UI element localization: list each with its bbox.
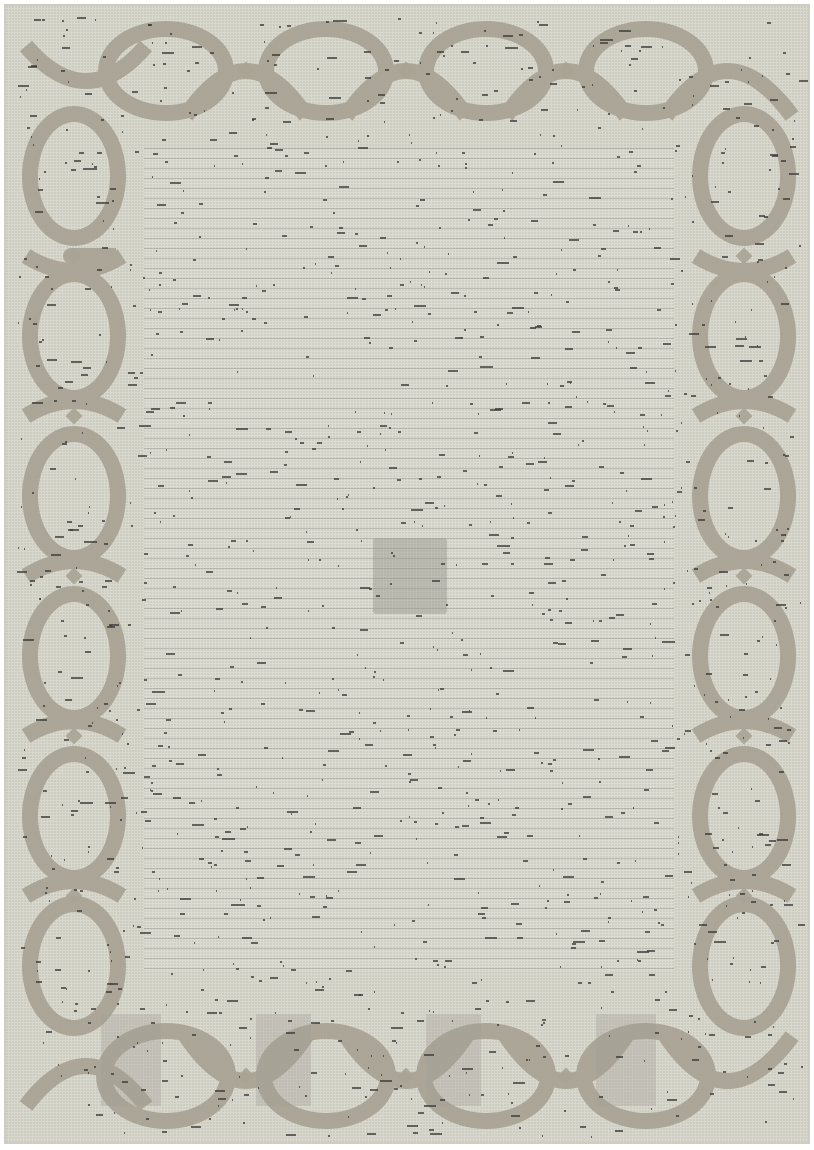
speck xyxy=(401,522,406,524)
speck xyxy=(503,210,505,212)
speck xyxy=(170,612,180,614)
speck xyxy=(583,796,591,798)
speck xyxy=(169,760,172,762)
speck xyxy=(21,506,22,508)
speck xyxy=(47,304,56,306)
speck xyxy=(123,772,135,774)
speck xyxy=(478,413,479,415)
speck xyxy=(609,617,615,619)
speck xyxy=(65,699,72,701)
speck xyxy=(46,887,48,889)
speck xyxy=(251,976,254,978)
speck xyxy=(581,549,588,551)
speck xyxy=(327,57,337,59)
speck xyxy=(102,247,108,249)
speck xyxy=(497,324,499,326)
speck xyxy=(208,297,210,299)
speck xyxy=(737,917,738,919)
speck xyxy=(619,756,630,758)
speck xyxy=(454,854,458,856)
speck xyxy=(485,937,497,939)
speck xyxy=(152,42,153,44)
speck xyxy=(511,903,519,905)
speck xyxy=(121,115,124,117)
speck xyxy=(58,671,62,673)
speck xyxy=(545,907,547,909)
speck xyxy=(231,904,238,906)
speck xyxy=(664,588,665,590)
speck xyxy=(360,629,368,631)
speck xyxy=(164,87,167,89)
speck xyxy=(286,1032,295,1034)
speck xyxy=(600,893,601,895)
speck xyxy=(189,802,195,804)
speck xyxy=(414,521,415,523)
speck xyxy=(384,121,385,123)
speck xyxy=(510,120,517,122)
speck xyxy=(699,600,701,602)
speck xyxy=(360,461,361,463)
speck xyxy=(411,142,412,144)
speck xyxy=(236,428,248,430)
speck xyxy=(353,807,361,809)
speck xyxy=(504,832,509,834)
speck xyxy=(61,620,64,622)
speck xyxy=(30,584,32,586)
speck xyxy=(24,548,25,550)
speck xyxy=(752,874,756,876)
speck xyxy=(792,138,794,140)
speck xyxy=(217,768,219,770)
speck xyxy=(588,982,591,984)
speck xyxy=(82,432,83,434)
speck xyxy=(505,47,518,49)
speck xyxy=(593,620,594,622)
speck xyxy=(359,738,360,740)
speck xyxy=(483,277,489,279)
speck xyxy=(544,457,545,459)
speck xyxy=(560,385,564,387)
speck xyxy=(529,592,534,594)
speck xyxy=(92,163,93,165)
speck xyxy=(39,178,40,180)
speck xyxy=(462,1068,473,1070)
speck xyxy=(24,258,27,260)
speck xyxy=(769,840,776,842)
speck xyxy=(439,454,445,456)
speck xyxy=(601,966,602,968)
speck xyxy=(199,858,204,860)
speck xyxy=(698,1018,700,1020)
speck xyxy=(676,1115,679,1117)
speck xyxy=(531,220,538,222)
speck xyxy=(799,245,801,247)
speck xyxy=(552,162,554,164)
speck xyxy=(511,537,514,539)
speck xyxy=(763,427,764,429)
speck xyxy=(565,485,574,487)
speck xyxy=(285,155,288,157)
speck xyxy=(66,29,68,31)
speck xyxy=(151,408,160,410)
speck xyxy=(104,543,108,545)
speck xyxy=(394,1088,398,1090)
speck xyxy=(526,463,534,465)
speck xyxy=(430,736,434,738)
speck xyxy=(134,377,138,379)
speck xyxy=(450,716,453,718)
speck xyxy=(548,512,552,514)
speck xyxy=(608,341,609,343)
speck xyxy=(454,878,465,880)
speck xyxy=(448,370,458,372)
speck xyxy=(665,991,667,993)
speck xyxy=(749,346,761,348)
speck xyxy=(698,519,705,521)
speck xyxy=(678,853,679,855)
speck xyxy=(110,625,112,627)
speck xyxy=(642,128,643,130)
speck xyxy=(407,1125,418,1127)
speck xyxy=(114,1112,115,1114)
speck xyxy=(118,988,122,990)
speck xyxy=(94,166,97,168)
speck xyxy=(206,338,214,340)
speck xyxy=(662,750,669,752)
speck xyxy=(36,266,38,268)
speck xyxy=(333,20,347,22)
speck xyxy=(428,904,429,906)
speck xyxy=(199,236,201,238)
speck xyxy=(647,553,654,555)
speck xyxy=(543,194,547,196)
speck xyxy=(607,405,614,407)
speck xyxy=(663,343,671,345)
speck xyxy=(534,292,538,294)
speck xyxy=(24,749,25,751)
speck xyxy=(334,478,339,480)
speck xyxy=(306,356,309,358)
speck xyxy=(383,679,384,681)
speck xyxy=(526,1059,528,1061)
speck xyxy=(265,107,269,109)
speck xyxy=(511,563,514,565)
speck xyxy=(294,508,300,510)
speck xyxy=(562,782,563,784)
speck xyxy=(481,979,482,981)
speck xyxy=(768,1068,772,1070)
speck xyxy=(380,730,381,732)
speck xyxy=(542,1019,546,1021)
speck xyxy=(451,292,459,294)
speck xyxy=(443,55,445,57)
speck xyxy=(755,691,758,693)
speck xyxy=(127,743,129,745)
speck xyxy=(257,905,261,907)
speck xyxy=(328,436,330,438)
speck xyxy=(311,1072,317,1074)
speck xyxy=(468,219,470,221)
speck xyxy=(547,900,549,902)
speck xyxy=(106,361,107,363)
speck xyxy=(440,114,441,116)
speck xyxy=(785,607,787,609)
speck xyxy=(730,963,733,965)
speck xyxy=(287,811,298,813)
speck xyxy=(437,476,441,478)
speck xyxy=(389,467,397,469)
speck xyxy=(553,135,555,137)
speck xyxy=(266,627,268,629)
speck xyxy=(689,76,693,78)
speck xyxy=(370,1089,378,1091)
speck xyxy=(454,734,456,736)
speck xyxy=(224,913,228,915)
speck xyxy=(712,793,718,795)
speck xyxy=(470,403,473,405)
speck xyxy=(438,165,440,167)
speck xyxy=(489,1051,496,1053)
speck xyxy=(54,400,57,402)
speck xyxy=(43,790,47,792)
speck xyxy=(515,807,519,809)
speck xyxy=(124,1132,125,1134)
speck xyxy=(150,309,151,311)
speck xyxy=(752,846,753,848)
speck xyxy=(645,931,650,933)
speck xyxy=(445,960,452,962)
speck xyxy=(565,348,573,350)
speck xyxy=(342,694,347,696)
speck xyxy=(86,771,89,773)
speck xyxy=(216,890,217,892)
speck xyxy=(433,32,434,34)
speck xyxy=(103,220,104,222)
speck xyxy=(333,212,335,214)
speck xyxy=(367,135,369,137)
speck xyxy=(440,688,444,690)
speck xyxy=(613,230,619,232)
speck xyxy=(178,674,182,676)
speck xyxy=(409,134,410,136)
speck xyxy=(480,366,493,368)
speck xyxy=(429,1129,434,1131)
speck xyxy=(110,806,111,808)
speck xyxy=(511,1115,520,1117)
speck xyxy=(437,649,438,651)
speck xyxy=(662,46,663,48)
speck xyxy=(39,598,41,600)
speck xyxy=(502,189,503,191)
speck xyxy=(556,273,557,275)
speck xyxy=(589,197,601,199)
speck xyxy=(528,311,529,313)
speck xyxy=(107,626,115,628)
speck xyxy=(655,637,656,639)
speck xyxy=(609,1035,610,1037)
speck xyxy=(270,471,278,473)
speck xyxy=(633,807,634,809)
speck xyxy=(72,400,76,402)
speck xyxy=(625,45,631,47)
speck xyxy=(755,540,757,542)
speck xyxy=(539,76,541,78)
speck xyxy=(75,1003,78,1005)
speck xyxy=(601,881,604,883)
speck xyxy=(163,63,166,65)
speck xyxy=(418,1112,424,1114)
speck xyxy=(558,643,566,645)
speck xyxy=(319,692,320,694)
speck xyxy=(427,862,428,864)
speck xyxy=(774,276,775,278)
speck xyxy=(99,334,101,336)
speck xyxy=(407,715,410,717)
speck xyxy=(117,685,118,687)
speck xyxy=(611,991,614,993)
speck xyxy=(241,330,243,332)
speck xyxy=(116,719,118,721)
speck xyxy=(568,803,572,805)
speck xyxy=(394,60,399,62)
speck xyxy=(768,1034,772,1036)
speck xyxy=(452,632,453,634)
speck xyxy=(389,427,391,429)
speck xyxy=(578,444,579,446)
speck xyxy=(242,308,243,310)
speck xyxy=(681,487,682,489)
speck xyxy=(411,509,423,511)
speck xyxy=(725,235,733,237)
speck xyxy=(444,966,446,968)
speck xyxy=(644,1060,645,1062)
speck xyxy=(652,603,657,605)
speck xyxy=(410,779,418,781)
speck xyxy=(137,709,140,711)
speck xyxy=(785,534,786,536)
speck xyxy=(151,782,153,784)
speck xyxy=(420,199,425,201)
speck xyxy=(233,963,234,965)
speck xyxy=(304,152,309,154)
speck xyxy=(144,776,150,778)
speck xyxy=(189,434,190,436)
speck xyxy=(532,604,533,606)
speck xyxy=(81,374,88,376)
speck xyxy=(380,1080,392,1082)
speck xyxy=(166,653,175,655)
speck xyxy=(426,73,430,75)
speck xyxy=(253,223,257,225)
speck xyxy=(193,295,201,297)
speck xyxy=(325,165,327,167)
speck xyxy=(587,401,588,403)
speck xyxy=(507,312,513,314)
speck xyxy=(55,969,61,971)
speck xyxy=(766,744,771,746)
speck xyxy=(306,531,307,533)
speck xyxy=(323,199,327,201)
speck xyxy=(158,311,162,313)
speck xyxy=(182,303,188,305)
speck xyxy=(548,763,552,765)
speck xyxy=(436,152,437,154)
speck xyxy=(767,22,771,24)
speck xyxy=(789,173,799,175)
speck xyxy=(617,862,620,864)
speck xyxy=(403,754,412,756)
speck xyxy=(718,807,720,809)
speck xyxy=(246,248,247,250)
speck xyxy=(751,788,752,790)
speck xyxy=(503,670,514,672)
speck xyxy=(757,834,769,836)
speck xyxy=(661,924,664,926)
speck xyxy=(400,258,401,260)
speck xyxy=(527,707,534,709)
speck xyxy=(390,267,391,269)
speck xyxy=(783,454,785,456)
speck xyxy=(706,673,712,675)
speck xyxy=(508,1093,509,1095)
speck xyxy=(251,942,258,944)
speck xyxy=(162,1131,167,1133)
speck xyxy=(744,653,748,655)
speck xyxy=(252,318,256,320)
speck xyxy=(39,341,42,343)
speck xyxy=(547,383,548,385)
speck xyxy=(711,201,719,203)
speck xyxy=(367,445,368,447)
speck xyxy=(583,858,587,860)
speck xyxy=(688,896,689,898)
speck xyxy=(542,1135,543,1137)
speck xyxy=(671,283,674,285)
speck xyxy=(608,917,611,919)
speck xyxy=(456,564,457,566)
speck xyxy=(358,147,368,149)
speck xyxy=(276,587,277,589)
speck xyxy=(504,237,505,239)
speck xyxy=(150,789,151,791)
speck xyxy=(355,411,356,413)
speck xyxy=(726,585,727,587)
speck xyxy=(149,289,150,291)
speck xyxy=(677,491,682,493)
speck xyxy=(46,1031,52,1033)
speck xyxy=(469,1094,470,1096)
speck xyxy=(135,151,139,153)
speck xyxy=(511,1102,513,1104)
speck xyxy=(629,151,633,153)
speck xyxy=(50,468,56,470)
speck xyxy=(649,558,654,560)
speck xyxy=(685,654,690,656)
speck xyxy=(210,52,214,54)
speck xyxy=(80,890,83,892)
speck xyxy=(162,139,166,141)
speck xyxy=(31,65,37,67)
speck xyxy=(649,974,655,976)
speck xyxy=(357,654,358,656)
speck xyxy=(63,35,65,37)
speck xyxy=(616,614,624,616)
speck xyxy=(131,525,133,527)
speck xyxy=(285,517,290,519)
speck xyxy=(305,1095,307,1097)
speck xyxy=(266,428,271,430)
speck xyxy=(617,960,619,962)
